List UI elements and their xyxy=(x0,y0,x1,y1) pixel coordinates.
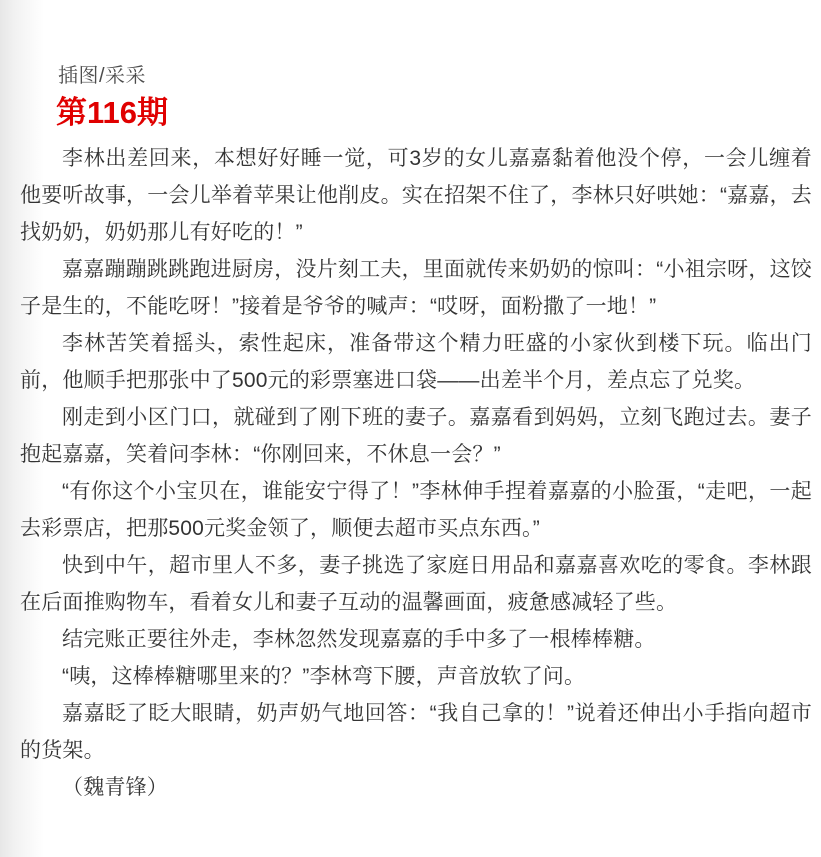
story-paragraph: 刚走到小区门口，就碰到了刚下班的妻子。嘉嘉看到妈妈，立刻飞跑过去。妻子抱起嘉嘉，… xyxy=(20,399,812,473)
story-paragraph: “有你这个小宝贝在，谁能安宁得了！”李林伸手捏着嘉嘉的小脸蛋，“走吧，一起去彩票… xyxy=(20,473,812,547)
story-paragraph: “咦，这棒棒糖哪里来的？”李林弯下腰，声音放软了问。 xyxy=(20,658,812,695)
issue-title: 第116期 xyxy=(56,95,812,131)
story-paragraph: 快到中午，超市里人不多，妻子挑选了家庭日用品和嘉嘉喜欢吃的零食。李林跟在后面推购… xyxy=(20,547,812,621)
story-paragraph: 李林出差回来，本想好好睡一觉，可3岁的女儿嘉嘉黏着他没个停，一会儿缠着他要听故事… xyxy=(20,140,812,251)
story-body: 李林出差回来，本想好好睡一觉，可3岁的女儿嘉嘉黏着他没个停，一会儿缠着他要听故事… xyxy=(20,140,812,806)
story-paragraph: 嘉嘉蹦蹦跳跳跑进厨房，没片刻工夫，里面就传来奶奶的惊叫：“小祖宗呀，这饺子是生的… xyxy=(20,251,812,325)
story-paragraph: 结完账正要往外走，李林忽然发现嘉嘉的手中多了一根棒棒糖。 xyxy=(20,621,812,658)
document-page: { "header": { "credit": "插图/采采", "title"… xyxy=(0,0,821,857)
page-content: 插图/采采 第116期 李林出差回来，本想好好睡一觉，可3岁的女儿嘉嘉黏着他没个… xyxy=(20,0,812,806)
magazine-page: 插图/采采 第116期 李林出差回来，本想好好睡一觉，可3岁的女儿嘉嘉黏着他没个… xyxy=(0,0,821,857)
author-credit: （魏青锋） xyxy=(20,769,812,806)
story-paragraph: 李林苦笑着摇头，索性起床，准备带这个精力旺盛的小家伙到楼下玩。临出门前，他顺手把… xyxy=(20,325,812,399)
story-paragraph: 嘉嘉眨了眨大眼睛，奶声奶气地回答：“我自己拿的！”说着还伸出小手指向超市的货架。 xyxy=(20,695,812,769)
illustration-credit: 插图/采采 xyxy=(58,62,812,90)
